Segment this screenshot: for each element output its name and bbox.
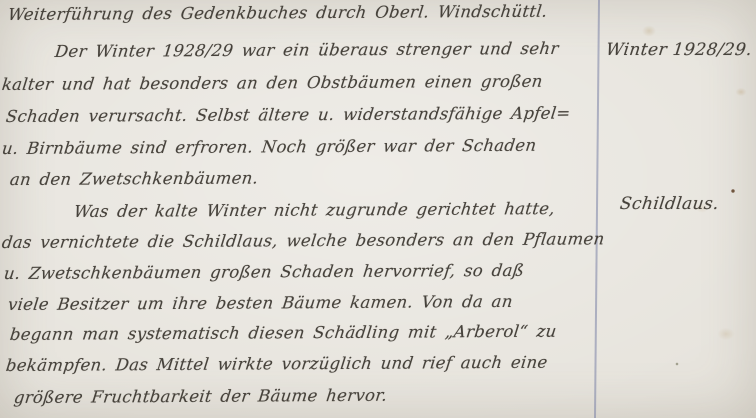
text-line-heading: Weiterführung des Gedenkbuches durch Obe… bbox=[7, 2, 549, 24]
text-line: Der Winter 1928/29 war ein überaus stren… bbox=[54, 39, 560, 61]
margin-rule-line bbox=[594, 0, 600, 418]
margin-note-schildlaus: Schildlaus. bbox=[619, 194, 720, 214]
text-line: bekämpfen. Das Mittel wirkte vorzüglich … bbox=[5, 353, 549, 375]
text-line: begann man systematisch diesen Schädling… bbox=[9, 322, 558, 344]
margin-note-winter-1928-29: Winter 1928/29. bbox=[605, 40, 753, 60]
text-line: viele Besitzer um ihre besten Bäume kame… bbox=[7, 292, 514, 314]
text-line: an den Zwetschkenbäumen. bbox=[9, 168, 260, 189]
text-line: u. Birnbäume sind erfroren. Noch größer … bbox=[1, 136, 538, 158]
text-line: größere Fruchtbarkeit der Bäume hervor. bbox=[13, 386, 388, 407]
text-line: das vernichtete die Schildlaus, welche b… bbox=[1, 229, 606, 252]
document-page: Weiterführung des Gedenkbuches durch Obe… bbox=[0, 0, 756, 418]
text-line: kalter und hat besonders an den Obstbäum… bbox=[1, 72, 544, 94]
text-line: Schaden verursacht. Selbst ältere u. wid… bbox=[5, 104, 572, 126]
text-line: Was der kalte Winter nicht zugrunde geri… bbox=[73, 199, 556, 221]
text-line: u. Zwetschkenbäumen großen Schaden hervo… bbox=[3, 261, 525, 283]
